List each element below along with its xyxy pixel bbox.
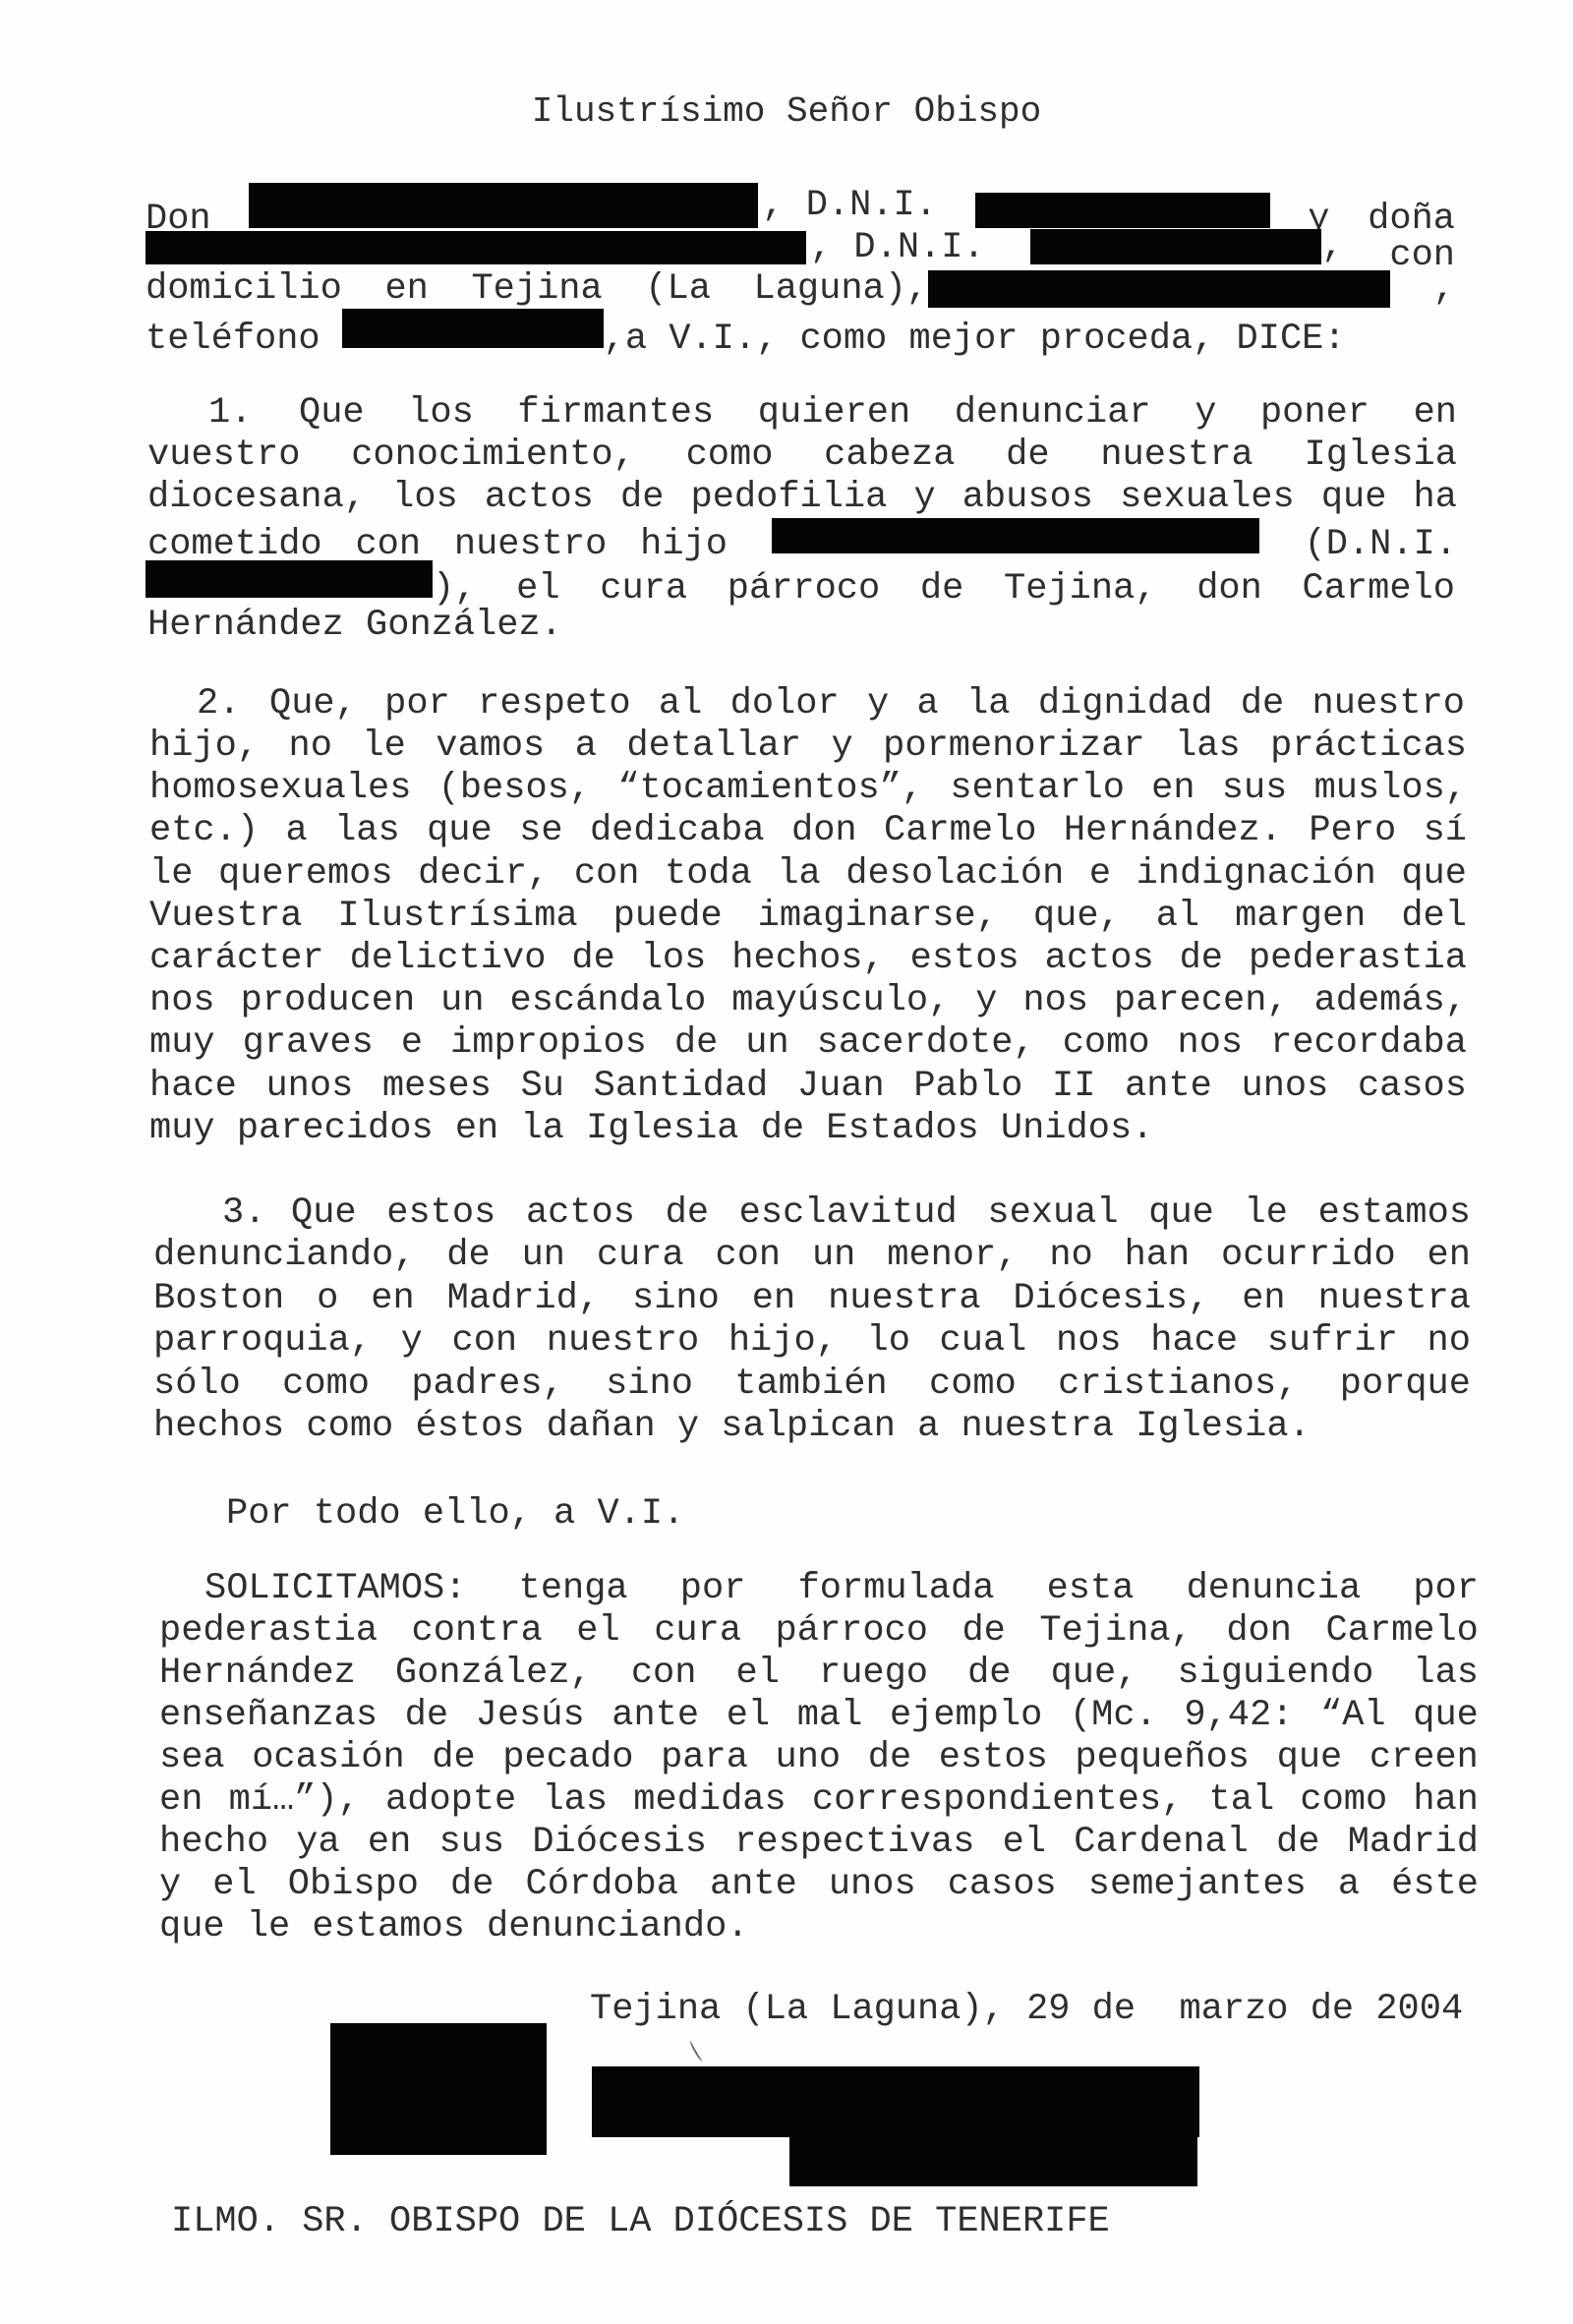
signature-stroke: [688, 2039, 704, 2062]
p2-line-4: etc.)alasquesededicabadonCarmeloHernánde…: [149, 809, 1467, 852]
p3-text-5: sólocomopadres,sinotambiéncomocristianos…: [153, 1363, 1471, 1406]
p2-text-1: Que,porrespetoaldoloryaladignidaddenuest…: [269, 682, 1465, 726]
p1-line-1: 1. Quelosfirmantesquierendenunciaryponer…: [208, 391, 1457, 435]
label-dni-2: , D.N.I.: [810, 226, 985, 269]
p1-line-6: Hernández González.: [147, 604, 1457, 647]
p2-text-10: haceunosmesesSuSantidadJuanPabloIIanteun…: [149, 1065, 1467, 1108]
p1-line-3: diocesana,losactosdepedofiliayabusossexu…: [147, 476, 1457, 519]
label-dni-1: , D.N.I.: [762, 184, 937, 227]
p3-line-6: hechoscomoéstosdañanysalpicananuestraIgl…: [153, 1405, 1471, 1448]
por-todo-line: Por todo ello, a V.I.: [226, 1492, 1013, 1536]
p2-line-5: lequeremosdecir,contodaladesolacióneindi…: [149, 852, 1467, 896]
p2-line-11: muyparecidosenlaIglesiadeEstadosUnidos.: [149, 1107, 1467, 1150]
sol-text-3: HernándezGonzález,conelruegodeque,siguie…: [159, 1652, 1479, 1695]
date-text: Tejina (La Laguna), 29 de marzo de 2004: [590, 1988, 1463, 2031]
sol-line-3: HernándezGonzález,conelruegodeque,siguie…: [159, 1652, 1479, 1695]
sol-text-4: enseñanzasdeJesúsanteelmalejemplo(Mc.9,4…: [159, 1694, 1479, 1737]
word-en: en: [384, 267, 428, 311]
p2-text-9: muygraveseimpropiosdeunsacerdote,comonos…: [149, 1021, 1467, 1065]
word-la: (La: [645, 267, 711, 311]
p3-line-2: denunciando,deuncuraconunmenor,nohanocur…: [153, 1234, 1471, 1277]
p1-text-2: vuestroconocimiento,comocabezadenuestraI…: [147, 434, 1457, 477]
p1-line-5: ),elcurapárrocodeTejina,donCarmelo: [146, 560, 1455, 604]
p3-line-1: 3. Queestosactosdeesclavitudsexualquelee…: [222, 1191, 1471, 1235]
header-line-2: , D.N.I. , con: [146, 225, 1455, 268]
sol-line-7: hechoyaensusDiócesisrespectivaselCardena…: [159, 1821, 1479, 1864]
p1-line-2: vuestroconocimiento,comocabezadenuestraI…: [147, 434, 1457, 477]
p3-text-6: hechoscomoéstosdañanysalpicananuestraIgl…: [153, 1405, 1471, 1448]
sol-line-4: enseñanzasdeJesúsanteelmalejemplo(Mc.9,4…: [159, 1694, 1479, 1737]
sol-text-9: queleestamosdenunciando.: [159, 1905, 1479, 1948]
sol-line-5: seaocasióndepecadoparaunodeestospequeños…: [159, 1736, 1479, 1779]
p2-text-7: carácterdelictivodeloshechos,estosactosd…: [149, 937, 1467, 980]
sol-line-9: queleestamosdenunciando.: [159, 1905, 1479, 1948]
p3-number: 3.: [222, 1191, 265, 1235]
word-laguna: Laguna),: [754, 267, 929, 311]
p2-number: 2.: [197, 682, 240, 726]
sol-text-1: SOLICITAMOS:tengaporformuladaestadenunci…: [204, 1567, 1479, 1610]
redaction-father-dni: [975, 193, 1270, 228]
p3-text-4: parroquia,yconnuestrohijo,locualnoshaces…: [153, 1319, 1471, 1363]
sol-text-6: enmí…”),adoptelasmedidascorrespondientes…: [159, 1778, 1479, 1822]
p3-line-4: parroquia,yconnuestrohijo,locualnoshaces…: [153, 1319, 1471, 1363]
p3-line-3: BostonoenMadrid,sinoennuestraDiócesis,en…: [153, 1277, 1471, 1320]
redaction-father-name: [249, 183, 758, 228]
label-telefono: teléfono: [146, 318, 320, 361]
p3-text-2: denunciando,deuncuraconunmenor,nohanocur…: [153, 1234, 1471, 1277]
date-line: Tejina (La Laguna), 29 de marzo de 2004: [590, 1988, 1479, 2031]
p2-line-1: 2. Que,porrespetoaldoloryaladignidaddenu…: [197, 682, 1465, 726]
p3-text-3: BostonoenMadrid,sinoennuestraDiócesis,en…: [153, 1277, 1471, 1320]
p3-text-1: Queestosactosdeesclavitudsexualqueleesta…: [291, 1191, 1471, 1235]
document-page: Ilustrísimo Señor Obispo Don , D.N.I. y …: [0, 0, 1573, 2324]
p2-line-8: nosproducenunescándalomayúsculo,ynospare…: [149, 979, 1467, 1022]
word-tejina: Tejina: [471, 267, 602, 311]
p2-line-10: haceunosmesesSuSantidadJuanPabloIIanteun…: [149, 1065, 1467, 1108]
p2-text-3: homosexuales(besos,“tocamientos”,sentarl…: [149, 767, 1467, 810]
sol-line-6: enmí…”),adoptelasmedidascorrespondientes…: [159, 1778, 1479, 1822]
sol-text-7: hechoyaensusDiócesisrespectivaselCardena…: [159, 1821, 1479, 1864]
p2-text-6: VuestraIlustrísimapuedeimaginarse,que,al…: [149, 895, 1467, 938]
label-comma: ,: [1321, 225, 1343, 268]
redaction-signature-right-bottom: [789, 2135, 1197, 2186]
redaction-son-dni: [146, 560, 433, 598]
p2-line-2: hijo,nolevamosadetallarypormenorizarlasp…: [149, 725, 1467, 768]
p2-line-3: homosexuales(besos,“tocamientos”,sentarl…: [149, 767, 1467, 810]
p2-text-5: lequeremosdecir,contodaladesolacióneindi…: [149, 852, 1467, 896]
p2-text-11: muyparecidosenlaIglesiadeEstadosUnidos.: [149, 1107, 1467, 1150]
redaction-mother-name: [146, 231, 806, 264]
p2-line-9: muygraveseimpropiosdeunsacerdote,comonos…: [149, 1021, 1467, 1065]
sol-text-2: pederastiacontraelcurapárrocodeTejina,do…: [159, 1609, 1479, 1653]
header-line-1: Don , D.N.I. y doña: [146, 183, 1455, 226]
p1-text-1: Quelosfirmantesquierendenunciaryponeren: [299, 391, 1457, 435]
label-comma-2: ,: [1433, 267, 1455, 311]
p1-line-4: cometidoconnuestrohijo (D.N.I.: [147, 518, 1457, 561]
redaction-signature-right-top: [592, 2066, 1199, 2137]
document-title: Ilustrísimo Señor Obispo: [0, 90, 1573, 134]
header-line-3: domicilio en Tejina (La Laguna), ,: [146, 267, 1455, 311]
p1-text-3: diocesana,losactosdepedofiliayabusossexu…: [147, 476, 1457, 519]
p2-line-6: VuestraIlustrísimapuedeimaginarse,que,al…: [149, 895, 1467, 938]
p2-text-2: hijo,nolevamosadetallarypormenorizarlasp…: [149, 725, 1467, 768]
p2-text-8: nosproducenunescándalomayúsculo,ynospare…: [149, 979, 1467, 1022]
sol-text-5: seaocasióndepecadoparaunodeestospequeños…: [159, 1736, 1479, 1779]
sol-line-2: pederastiacontraelcurapárrocodeTejina,do…: [159, 1609, 1479, 1653]
redaction-address: [928, 270, 1390, 308]
addressee-line: ILMO. SR. OBISPO DE LA DIÓCESIS DE TENER…: [171, 2200, 1253, 2243]
p3-line-5: sólocomopadres,sinotambiéncomocristianos…: [153, 1363, 1471, 1406]
p1-number: 1.: [208, 391, 252, 435]
addressee-text: ILMO. SR. OBISPO DE LA DIÓCESIS DE TENER…: [171, 2200, 1110, 2243]
redaction-mother-dni: [1030, 229, 1321, 264]
redaction-signature-left: [330, 2023, 547, 2155]
redaction-phone: [342, 309, 604, 348]
sol-line-1: SOLICITAMOS:tengaporformuladaestadenunci…: [204, 1567, 1479, 1610]
sol-line-8: yelObispodeCórdobaanteunoscasossemejante…: [159, 1863, 1479, 1906]
p2-line-7: carácterdelictivodeloshechos,estosactosd…: [149, 937, 1467, 980]
por-todo-text: Por todo ello, a V.I.: [226, 1492, 684, 1536]
redaction-son-name: [772, 518, 1259, 553]
sol-text-8: yelObispodeCórdobaanteunoscasossemejante…: [159, 1863, 1479, 1906]
word-domicilio: domicilio: [146, 267, 342, 311]
header-closing: ,a V.I., como mejor proceda, DICE:: [604, 318, 1346, 361]
p1-text-6: Hernández González.: [147, 604, 562, 647]
p2-text-4: etc.)alasquesededicabadonCarmeloHernánde…: [149, 809, 1467, 852]
header-line-4: teléfono ,a V.I., como mejor proceda, DI…: [146, 309, 1455, 352]
